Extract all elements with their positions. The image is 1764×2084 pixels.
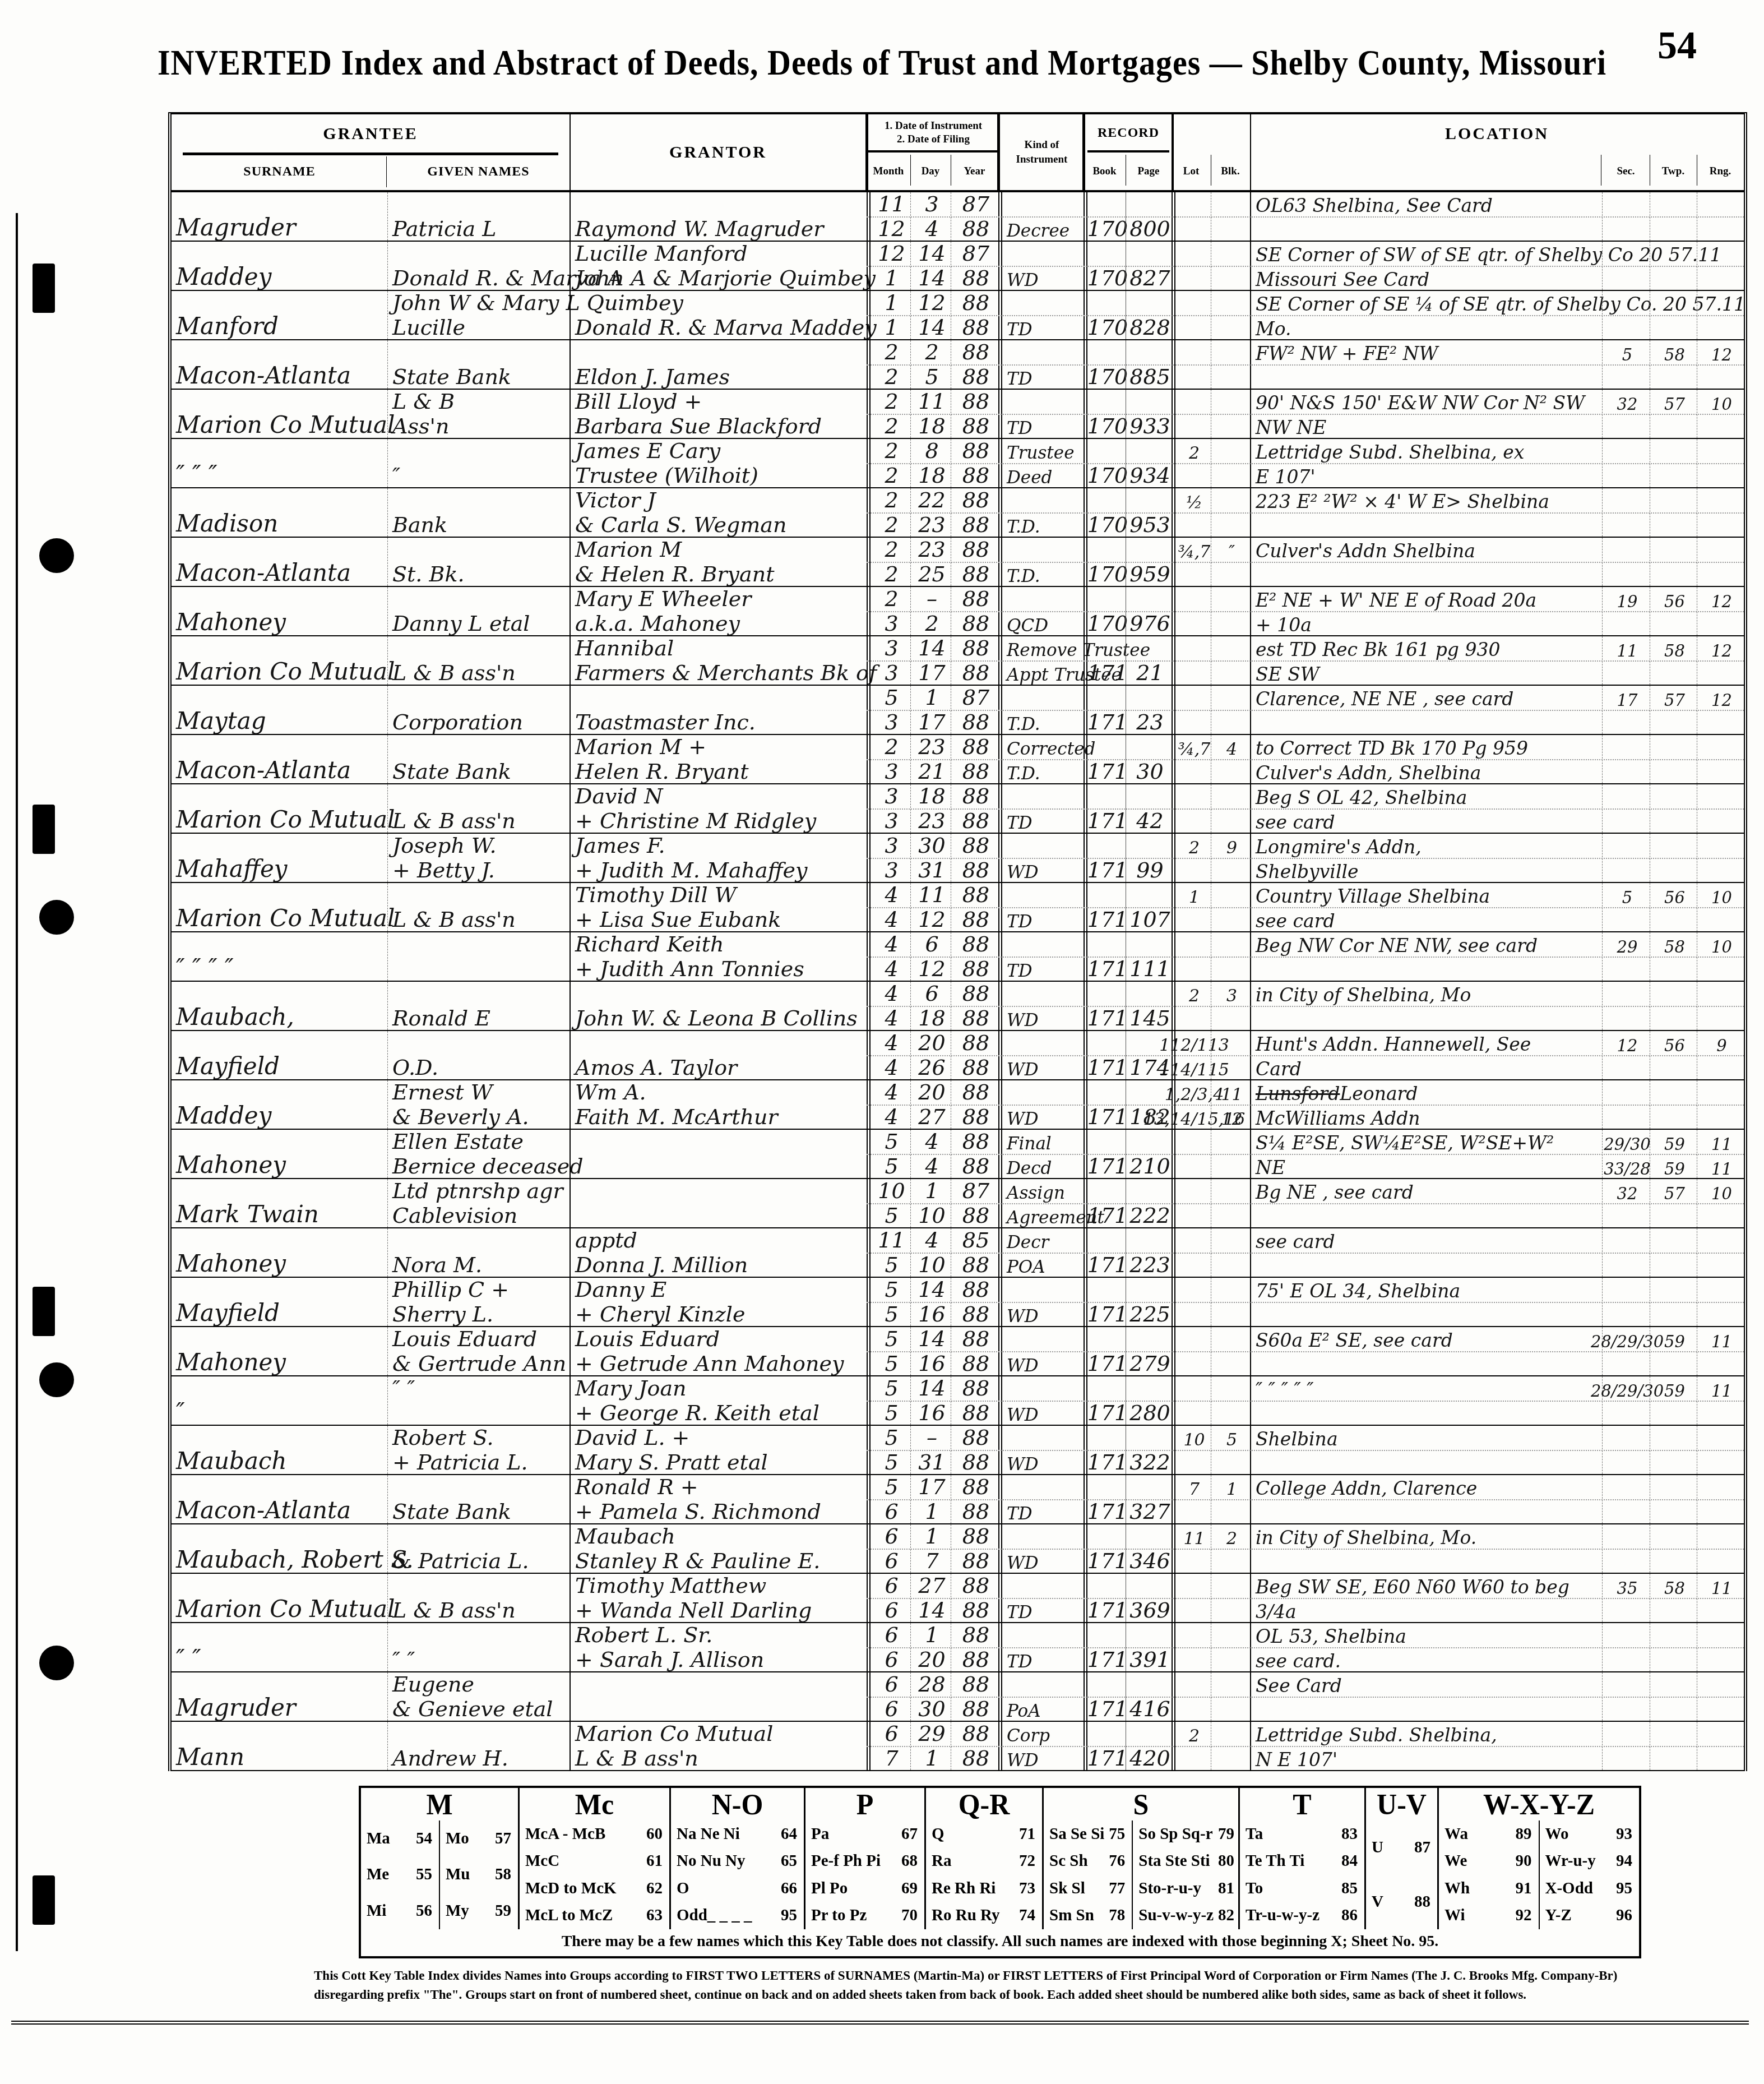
cell-g bbox=[387, 932, 570, 981]
key-entry: McL to McZ63 bbox=[520, 1906, 669, 1925]
key-entry: Sa Se Si75 bbox=[1044, 1825, 1132, 1843]
cell-s: Maubach, Robert S. bbox=[172, 1524, 387, 1573]
key-entry: Tr-u-w-y-z86 bbox=[1240, 1906, 1364, 1925]
key-entry: Pe-f Ph Pi68 bbox=[805, 1852, 924, 1870]
table-row: Maubach, Robert S.& Patricia L.MaubachSt… bbox=[172, 1524, 1744, 1574]
table-row: Macon-AtlantaState BankEldon J. James222… bbox=[172, 340, 1744, 390]
cell-g: State Bank bbox=[387, 1475, 570, 1523]
key-entry: X-Odd95 bbox=[1540, 1879, 1640, 1898]
table-row: Macon-AtlantaState BankRonald R ++ Pamel… bbox=[172, 1475, 1744, 1524]
binder-mark bbox=[33, 264, 55, 313]
cell-s: ″ bbox=[172, 1376, 387, 1425]
deed-index-table: GRANTEE SURNAME GIVEN NAMES GRANTOR 1. D… bbox=[168, 112, 1747, 1771]
cell-g: L & B ass'n bbox=[387, 636, 570, 685]
cell-g: ″ bbox=[387, 439, 570, 487]
cell-gr: Lucille ManfordJohn A & Marjorie Quimbey bbox=[570, 242, 867, 290]
key-entry: Pr to Pz70 bbox=[805, 1906, 924, 1925]
table-row: Macon-AtlantaSt. Bk.Marion M& Helen R. B… bbox=[172, 538, 1744, 587]
cell-s: Macon-Atlanta bbox=[172, 340, 387, 389]
table-row: ″ ″″ ″Robert L. Sr.+ Sarah J. Allison661… bbox=[172, 1623, 1744, 1672]
col-record: RECORD bbox=[1085, 114, 1172, 151]
cell-gr: Mary E Wheelera.k.a. Mahoney bbox=[570, 587, 867, 635]
key-entry: Ta83 bbox=[1240, 1825, 1364, 1843]
key-group-mc: McMcA - McB60McC61McD to McK62McL to McZ… bbox=[518, 1788, 669, 1929]
cell-g: L & B ass'n bbox=[387, 883, 570, 931]
cell-gr: Toastmaster Inc. bbox=[570, 686, 867, 734]
key-group-u-v: U-VU87V88 bbox=[1364, 1788, 1437, 1929]
key-entry: Wa89 bbox=[1439, 1825, 1539, 1843]
col-twp: Twp. bbox=[1650, 153, 1697, 190]
key-entry: V88 bbox=[1366, 1893, 1437, 1911]
cell-gr: Marion Co MutualL & B ass'n bbox=[570, 1722, 867, 1770]
key-group-header: Mc bbox=[520, 1787, 669, 1822]
key-entry: Odd_ _ _ _95 bbox=[671, 1906, 804, 1925]
table-row: MahoneyDanny L etalMary E Wheelera.k.a. … bbox=[172, 587, 1744, 636]
cell-gr: Eldon J. James bbox=[570, 340, 867, 389]
cell-s: Maubach, bbox=[172, 982, 387, 1030]
cell-gr: Bill Lloyd +Barbara Sue Blackford bbox=[570, 390, 867, 438]
cell-gr: apptdDonna J. Million bbox=[570, 1228, 867, 1277]
key-group-t: TTa83Te Th Ti84To85Tr-u-w-y-z86 bbox=[1238, 1788, 1364, 1929]
cell-g: Andrew H. bbox=[387, 1722, 570, 1770]
col-blk: Blk. bbox=[1211, 153, 1250, 190]
cell-s: Marion Co Mutual bbox=[172, 883, 387, 931]
key-entry: Pa67 bbox=[805, 1825, 924, 1843]
table-row: Marion Co MutualL & B ass'nTimothy Dill … bbox=[172, 883, 1744, 932]
key-entry: Y-Z96 bbox=[1540, 1906, 1640, 1925]
table-row: MahoneyEllen EstateBernice deceased55448… bbox=[172, 1130, 1744, 1179]
key-entry: Mo57 bbox=[440, 1829, 518, 1848]
key-group-m: MMa54Me55Mi56Mo57Mu58My59 bbox=[361, 1788, 518, 1929]
cell-gr: Mary Joan+ George R. Keith etal bbox=[570, 1376, 867, 1425]
cell-gr: Timothy Dill W+ Lisa Sue Eubank bbox=[570, 883, 867, 931]
cell-gr: Raymond W. Magruder bbox=[570, 192, 867, 241]
key-group-header: P bbox=[805, 1787, 924, 1822]
key-group-header: S bbox=[1044, 1787, 1238, 1822]
cell-g: John W & Mary L QuimbeyLucille bbox=[387, 291, 570, 339]
cell-g: Robert S.+ Patricia L. bbox=[387, 1426, 570, 1474]
cell-g: Eugene& Genieve etal bbox=[387, 1672, 570, 1721]
cell-s: Maubach bbox=[172, 1426, 387, 1474]
cell-s: ″ ″ bbox=[172, 1623, 387, 1671]
col-given-names: GIVEN NAMES bbox=[387, 154, 570, 190]
key-entry: To85 bbox=[1240, 1879, 1364, 1898]
key-entry: McA - McB60 bbox=[520, 1825, 669, 1843]
table-row: MahaffeyJoseph W.+ Betty J.James F.+ Jud… bbox=[172, 834, 1744, 883]
cell-gr: Amos A. Taylor bbox=[570, 1031, 867, 1079]
col-dates: 1. Date of Instrument2. Date of Filing bbox=[868, 117, 998, 149]
col-rng: Rng. bbox=[1697, 153, 1744, 190]
key-entry: Mi56 bbox=[361, 1902, 439, 1920]
key-group-header: M bbox=[361, 1787, 518, 1822]
cell-gr: Louis Eduard+ Getrude Ann Mahoney bbox=[570, 1327, 867, 1375]
binder-mark bbox=[33, 1287, 55, 1336]
key-entry: We90 bbox=[1439, 1852, 1539, 1870]
key-group-header: W-X-Y-Z bbox=[1439, 1787, 1639, 1822]
cell-g: Ernest W& Beverly A. bbox=[387, 1080, 570, 1129]
col-grantee: GRANTEE bbox=[172, 114, 570, 154]
cell-g: ″ ″ bbox=[387, 1623, 570, 1671]
key-entry: Sc Sh76 bbox=[1044, 1852, 1132, 1870]
cell-s: Macon-Atlanta bbox=[172, 538, 387, 586]
cell-gr: Danny E+ Cheryl Kinzle bbox=[570, 1278, 867, 1326]
sheet-number: 54 bbox=[1657, 24, 1697, 68]
key-entry: Wi92 bbox=[1439, 1906, 1539, 1925]
key-group-header: Q-R bbox=[926, 1787, 1042, 1822]
cell-gr: Victor J& Carla S. Wegman bbox=[570, 488, 867, 537]
cell-g: Louis Eduard& Gertrude Ann bbox=[387, 1327, 570, 1375]
key-entry: O66 bbox=[671, 1879, 804, 1898]
table-body: MagruderPatricia LRaymond W. Magruder111… bbox=[172, 192, 1744, 1771]
table-row: MayfieldO.D.Amos A. Taylor4420268888WD17… bbox=[172, 1031, 1744, 1080]
cell-s: Manford bbox=[172, 291, 387, 339]
binder-mark bbox=[33, 1875, 55, 1925]
binder-hole bbox=[39, 900, 74, 935]
cell-gr: James F.+ Judith M. Mahaffey bbox=[570, 834, 867, 882]
cell-s: Madison bbox=[172, 488, 387, 537]
table-row: ″″ ″Mary Joan+ George R. Keith etal55141… bbox=[172, 1376, 1744, 1426]
key-entry: McD to McK62 bbox=[520, 1879, 669, 1898]
cell-gr: Timothy Matthew+ Wanda Nell Darling bbox=[570, 1574, 867, 1622]
cell-s: Mark Twain bbox=[172, 1179, 387, 1227]
cell-g: L & B ass'n bbox=[387, 784, 570, 833]
cell-gr: Marion M +Helen R. Bryant bbox=[570, 735, 867, 783]
cell-g: & Patricia L. bbox=[387, 1524, 570, 1573]
cell-s: Mahoney bbox=[172, 587, 387, 635]
cell-s: Mayfield bbox=[172, 1031, 387, 1079]
cell-g: Danny L etal bbox=[387, 587, 570, 635]
key-entry: So Sp Sq-r79 bbox=[1133, 1825, 1241, 1843]
footer-text-line2: disregarding prefix "The". Groups start … bbox=[314, 1986, 1749, 2004]
cell-s: ″ ″ ″ ″ bbox=[172, 932, 387, 981]
cell-gr bbox=[570, 1672, 867, 1721]
key-entry: Re Rh Ri73 bbox=[926, 1879, 1042, 1898]
table-header: GRANTEE SURNAME GIVEN NAMES GRANTOR 1. D… bbox=[172, 114, 1744, 192]
cell-gr: David L. +Mary S. Pratt etal bbox=[570, 1426, 867, 1474]
table-row: ManfordJohn W & Mary L QuimbeyLucilleDon… bbox=[172, 291, 1744, 340]
binder-hole bbox=[39, 1362, 74, 1397]
col-day: Day bbox=[910, 153, 951, 190]
key-entry: My59 bbox=[440, 1902, 518, 1920]
cell-s: Macon-Atlanta bbox=[172, 735, 387, 783]
col-surname: SURNAME bbox=[172, 154, 387, 190]
cell-s: Macon-Atlanta bbox=[172, 1475, 387, 1523]
cell-s: Marion Co Mutual bbox=[172, 636, 387, 685]
cell-s: Mahoney bbox=[172, 1228, 387, 1277]
col-grantor: GRANTOR bbox=[570, 114, 867, 190]
key-entry: U87 bbox=[1366, 1838, 1437, 1857]
key-entry: Sto-r-u-y81 bbox=[1133, 1879, 1241, 1898]
cell-gr: Ronald R ++ Pamela S. Richmond bbox=[570, 1475, 867, 1523]
key-entry: McC61 bbox=[520, 1852, 669, 1870]
table-row: MannAndrew H.Marion Co MutualL & B ass'n… bbox=[172, 1722, 1744, 1771]
cell-g: Patricia L bbox=[387, 192, 570, 241]
cell-gr: David N+ Christine M Ridgley bbox=[570, 784, 867, 833]
table-row: MahoneyLouis Eduard& Gertrude AnnLouis E… bbox=[172, 1327, 1744, 1376]
col-kind: Kind ofInstrument bbox=[1000, 114, 1084, 190]
cell-gr: Robert L. Sr.+ Sarah J. Allison bbox=[570, 1623, 867, 1671]
cell-g: State Bank bbox=[387, 340, 570, 389]
key-group-header: N-O bbox=[671, 1787, 804, 1822]
cell-gr bbox=[570, 1130, 867, 1178]
table-row: MaddeyDonald R. & Marva ALucille Manford… bbox=[172, 242, 1744, 291]
cell-g: State Bank bbox=[387, 735, 570, 783]
cell-gr: Donald R. & Marva Maddey bbox=[570, 291, 867, 339]
footer-text-line1: This Cott Key Table Index divides Names … bbox=[314, 1967, 1749, 1985]
col-year: Year bbox=[951, 153, 998, 190]
key-entry: Me55 bbox=[361, 1865, 439, 1884]
key-entry: Q71 bbox=[926, 1825, 1042, 1843]
key-group-s: SSa Se Si75Sc Sh76Sk Sl77Sm Sn78So Sp Sq… bbox=[1042, 1788, 1238, 1929]
table-row: MayfieldPhillip C +Sherry L.Danny E+ Che… bbox=[172, 1278, 1744, 1327]
bottom-rule bbox=[11, 2021, 1749, 2025]
table-row: Mark TwainLtd ptnrshp agrCablevision1051… bbox=[172, 1179, 1744, 1228]
cell-s: Mann bbox=[172, 1722, 387, 1770]
key-entry: Su-v-w-y-z82 bbox=[1133, 1906, 1241, 1925]
binder-hole bbox=[39, 538, 74, 573]
table-row: Marion Co MutualL & BAss'nBill Lloyd +Ba… bbox=[172, 390, 1744, 439]
key-entry: Sk Sl77 bbox=[1044, 1879, 1132, 1898]
ledger-page: INVERTED Index and Abstract of Deeds, De… bbox=[0, 0, 1764, 2084]
cell-g: Corporation bbox=[387, 686, 570, 734]
cell-s: Mahoney bbox=[172, 1130, 387, 1178]
cell-g: Ellen EstateBernice deceased bbox=[387, 1130, 570, 1178]
cell-s: Maddey bbox=[172, 242, 387, 290]
table-row: Marion Co MutualL & B ass'nHannibalFarme… bbox=[172, 636, 1744, 686]
key-entry: Ra72 bbox=[926, 1852, 1042, 1870]
cell-gr: John W. & Leona B Collins bbox=[570, 982, 867, 1030]
cell-gr: Marion M& Helen R. Bryant bbox=[570, 538, 867, 586]
scan-edge-line bbox=[16, 213, 18, 1951]
cell-g: Ronald E bbox=[387, 982, 570, 1030]
cell-s: Marion Co Mutual bbox=[172, 784, 387, 833]
table-row: Marion Co MutualL & B ass'nTimothy Matth… bbox=[172, 1574, 1744, 1623]
cell-g: Bank bbox=[387, 488, 570, 537]
page-title: INVERTED Index and Abstract of Deeds, De… bbox=[0, 42, 1764, 82]
cell-g: Ltd ptnrshp agrCablevision bbox=[387, 1179, 570, 1227]
table-row: Maubach,Ronald EJohn W. & Leona B Collin… bbox=[172, 982, 1744, 1031]
cell-s: Magruder bbox=[172, 192, 387, 241]
table-row: ″ ″ ″″James E CaryTrustee (Wilhoit)22818… bbox=[172, 439, 1744, 488]
col-lot: Lot bbox=[1172, 153, 1211, 190]
cell-s: Marion Co Mutual bbox=[172, 1574, 387, 1622]
key-group-p: PPa67Pe-f Ph Pi68Pl Po69Pr to Pz70 bbox=[804, 1788, 924, 1929]
key-entry: Wh91 bbox=[1439, 1879, 1539, 1898]
col-location: LOCATION bbox=[1250, 114, 1744, 154]
cell-gr: Richard Keith+ Judith Ann Tonnies bbox=[570, 932, 867, 981]
key-entry: Wo93 bbox=[1540, 1825, 1640, 1843]
cell-s: Mayfield bbox=[172, 1278, 387, 1326]
cell-s: Maddey bbox=[172, 1080, 387, 1129]
cell-g: ″ ″ bbox=[387, 1376, 570, 1425]
binder-hole bbox=[39, 1646, 74, 1680]
key-group-header: T bbox=[1240, 1787, 1364, 1822]
cell-gr: HannibalFarmers & Merchants Bk of bbox=[570, 636, 867, 685]
table-row: MagruderPatricia LRaymond W. Magruder111… bbox=[172, 192, 1744, 242]
cell-g: L & B ass'n bbox=[387, 1574, 570, 1622]
cell-s: ″ ″ ″ bbox=[172, 439, 387, 487]
key-entry: Pl Po69 bbox=[805, 1879, 924, 1898]
cell-s: Magruder bbox=[172, 1672, 387, 1721]
table-row: ″ ″ ″ ″Richard Keith+ Judith Ann Tonnies… bbox=[172, 932, 1744, 982]
cell-g: Phillip C +Sherry L. bbox=[387, 1278, 570, 1326]
col-book: Book bbox=[1084, 153, 1126, 190]
table-row: MaytagCorporationToastmaster Inc.5311787… bbox=[172, 686, 1744, 735]
cell-s: Maytag bbox=[172, 686, 387, 734]
cell-gr: MaubachStanley R & Pauline E. bbox=[570, 1524, 867, 1573]
table-row: MadisonBankVictor J& Carla S. Wegman2222… bbox=[172, 488, 1744, 538]
cell-g: Joseph W.+ Betty J. bbox=[387, 834, 570, 882]
cell-gr: Wm A.Faith M. McArthur bbox=[570, 1080, 867, 1129]
table-row: MaubachRobert S.+ Patricia L.David L. +M… bbox=[172, 1426, 1744, 1475]
key-group-n-o: N-ONa Ne Ni64No Nu Ny65O66Odd_ _ _ _95 bbox=[669, 1788, 804, 1929]
table-row: MaddeyErnest W& Beverly A.Wm A.Faith M. … bbox=[172, 1080, 1744, 1130]
key-group-w-x-y-z: W-X-Y-ZWa89We90Wh91Wi92Wo93Wr-u-y94X-Odd… bbox=[1437, 1788, 1639, 1929]
key-entry: Sta Ste Sti80 bbox=[1133, 1852, 1241, 1870]
key-entry: Wr-u-y94 bbox=[1540, 1852, 1640, 1870]
cell-s: Mahaffey bbox=[172, 834, 387, 882]
cell-s: Marion Co Mutual bbox=[172, 390, 387, 438]
key-entry: Sm Sn78 bbox=[1044, 1906, 1132, 1925]
binder-mark bbox=[33, 805, 55, 854]
key-entry: Mu58 bbox=[440, 1865, 518, 1884]
col-month: Month bbox=[867, 153, 910, 190]
cell-g: St. Bk. bbox=[387, 538, 570, 586]
col-sec: Sec. bbox=[1602, 153, 1650, 190]
key-entry: Ro Ru Ry74 bbox=[926, 1906, 1042, 1925]
cell-g: L & BAss'n bbox=[387, 390, 570, 438]
cott-key-table: MMa54Me55Mi56Mo57Mu58My59McMcA - McB60Mc… bbox=[359, 1786, 1641, 1958]
table-row: MagruderEugene& Genieve etal6628308888Po… bbox=[172, 1672, 1744, 1722]
cell-s: Mahoney bbox=[172, 1327, 387, 1375]
cell-gr: James E CaryTrustee (Wilhoit) bbox=[570, 439, 867, 487]
table-row: Macon-AtlantaState BankMarion M +Helen R… bbox=[172, 735, 1744, 784]
cell-g: O.D. bbox=[387, 1031, 570, 1079]
key-entry: Na Ne Ni64 bbox=[671, 1825, 804, 1843]
cell-g: Nora M. bbox=[387, 1228, 570, 1277]
key-entry: Ma54 bbox=[361, 1829, 439, 1848]
key-entry: No Nu Ny65 bbox=[671, 1852, 804, 1870]
cell-g: Donald R. & Marva A bbox=[387, 242, 570, 290]
key-group-header: U-V bbox=[1366, 1787, 1437, 1822]
key-table-note: There may be a few names which this Key … bbox=[361, 1929, 1639, 1956]
key-group-q-r: Q-RQ71Ra72Re Rh Ri73Ro Ru Ry74 bbox=[924, 1788, 1042, 1929]
col-page: Page bbox=[1126, 153, 1172, 190]
key-entry: Te Th Ti84 bbox=[1240, 1852, 1364, 1870]
cell-gr bbox=[570, 1179, 867, 1227]
table-row: Marion Co MutualL & B ass'nDavid N+ Chri… bbox=[172, 784, 1744, 834]
table-row: MahoneyNora M.apptdDonna J. Million11541… bbox=[172, 1228, 1744, 1278]
